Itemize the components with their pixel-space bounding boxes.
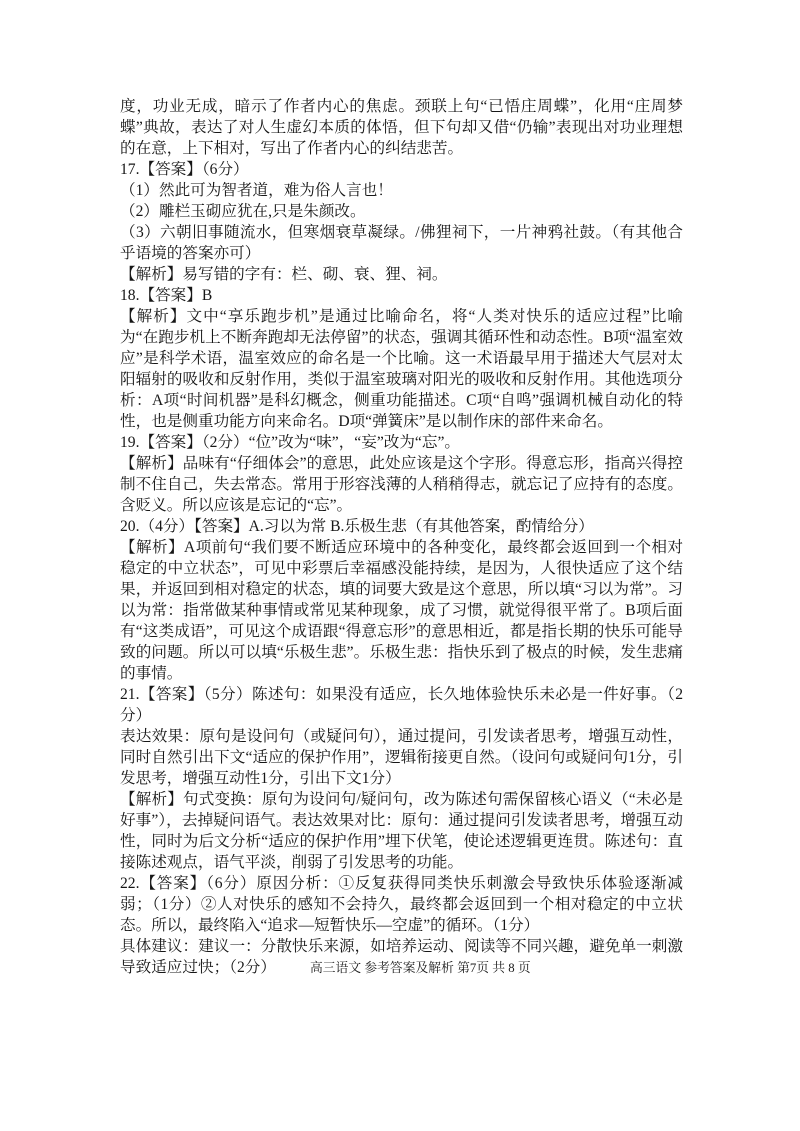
q17-answer-item-2: （2）雕栏玉砌应犹在,只是朱颜改。 [120, 201, 683, 222]
q19-analysis: 【解析】品味有“仔细体会”的意思，此处应该是这个字形。得意忘形，指高兴得控制不住… [120, 453, 683, 516]
q17-answer-heading: 17.【答案】（6分） [120, 159, 683, 180]
q21-answer: 21.【答案】（5分）陈述句：如果没有适应，长久地体验快乐未必是一件好事。（2分… [120, 684, 683, 726]
q17-analysis: 【解析】易写错的字有：栏、砌、衰、狸、祠。 [120, 264, 683, 285]
q21-analysis: 【解析】句式变换：原句为设问句/疑问句，改为陈述句需保留核心语义（“未必是好事”… [120, 789, 683, 873]
page-footer: 高三语文 参考答案及解析 第7页 共 8 页 [276, 961, 531, 975]
q19-answer: 19.【答案】（2分）“位”改为“味”，“妄”改为“忘”。 [120, 432, 683, 453]
q18-analysis: 【解析】文中“享乐跑步机”是通过比喻命名，将“人类对快乐的适应过程”比喻为“在跑… [120, 306, 683, 432]
q22-answer: 22.【答案】（6分）原因分析：①反复获得同类快乐刺激会导致快乐体验逐渐减弱；（… [120, 873, 683, 936]
answer-key-content: 度，功业无成，暗示了作者内心的焦虑。颈联上句“已悟庄周蝶”，化用“庄周梦蝶”典故… [120, 96, 683, 979]
q22-suggestion-line: 具体建议：建议一：分散快乐来源，如培养运动、阅读等不同兴趣，避免单一刺激导致适应… [120, 936, 683, 979]
q20-analysis: 【解析】A项前句“我们要不断适应环境中的各种变化，最终都会返回到一个相对稳定的中… [120, 537, 683, 684]
answer-key-page: 度，功业无成，暗示了作者内心的焦虑。颈联上句“已悟庄周蝶”，化用“庄周梦蝶”典故… [0, 0, 800, 1131]
q17-answer-item-3: （3）六朝旧事随流水，但寒烟衰草凝绿。/佛狸祠下，一片神鸦社鼓。（有其他合乎语境… [120, 222, 683, 264]
q20-answer: 20.（4分）【答案】A.习以为常 B.乐极生悲（有其他答案，酌情给分） [120, 516, 683, 537]
q16-analysis-continuation: 度，功业无成，暗示了作者内心的焦虑。颈联上句“已悟庄周蝶”，化用“庄周梦蝶”典故… [120, 96, 683, 159]
q17-answer-item-1: （1）然此可为智者道，难为俗人言也！ [120, 180, 683, 201]
q21-expression-effect: 表达效果：原句是设问句（或疑问句），通过提问，引发读者思考，增强互动性，同时自然… [120, 726, 683, 789]
q18-answer: 18.【答案】B [120, 285, 683, 306]
